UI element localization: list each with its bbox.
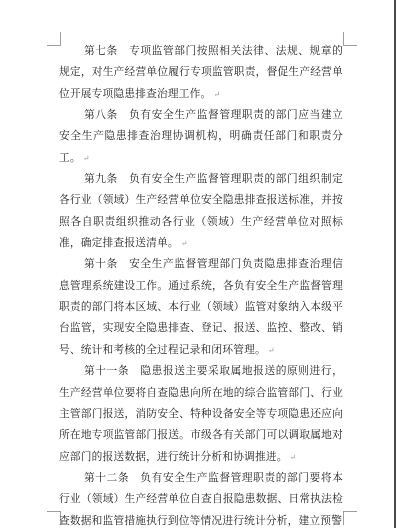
article-paragraph-7: 第七条 专项监管部门按照相关法律、法规、规章的规定，对生产经营单位履行专项监管职…	[59, 41, 343, 105]
article-paragraph-8: 第八条 负有安全生产监督管理职责的部门应当建立安全生产隐患排查治理协调机构，明确…	[59, 105, 343, 169]
paragraph-mark-icon: ↵	[290, 453, 297, 462]
paragraph-text: 第十一条 隐患报送主要采取属地报送的原则进行，生产经营单位要将自查隐患向所在地的…	[59, 365, 343, 462]
margin-mark-bottom-right-icon	[343, 511, 357, 525]
paragraph-text: 第九条 负有安全生产监督管理职责的部门组织制定各行业（领域）生产经营单位安全隐患…	[59, 173, 343, 249]
paragraph-text: 第八条 负有安全生产监督管理职责的部门应当建立安全生产隐患排查治理协调机构，明确…	[59, 109, 343, 164]
article-paragraph-9: 第九条 负有安全生产监督管理职责的部门组织制定各行业（领域）生产经营单位安全隐患…	[59, 169, 343, 254]
paragraph-text: 第七条 专项监管部门按照相关法律、法规、规章的规定，对生产经营单位履行专项监管职…	[59, 45, 343, 100]
article-paragraph-12: 第十二条 负有安全生产监督管理职责的部门要将本行业（领域）生产经营单位自查自报隐…	[59, 468, 343, 528]
paragraph-mark-icon: ↵	[83, 154, 90, 163]
document-page: 第七条 专项监管部门按照相关法律、法规、规章的规定，对生产经营单位履行专项监管职…	[0, 0, 398, 528]
document-body: 第七条 专项监管部门按照相关法律、法规、规章的规定，对生产经营单位履行专项监管职…	[59, 41, 343, 528]
margin-mark-top-right-icon	[343, 32, 357, 46]
article-paragraph-11: 第十一条 隐患报送主要采取属地报送的原则进行，生产经营单位要将自查隐患向所在地的…	[59, 361, 343, 468]
paragraph-text: 第十条 安全生产监督管理部门负责隐患排查治理信息管理系统建设工作。通过系统，各负…	[59, 258, 343, 355]
paragraph-mark-icon: ↵	[181, 239, 188, 248]
article-paragraph-10: 第十条 安全生产监督管理部门负责隐患排查治理信息管理系统建设工作。通过系统，各负…	[59, 254, 343, 361]
paragraph-mark-icon: ↵	[213, 90, 220, 99]
page-edge-line	[394, 0, 396, 528]
paragraph-text: 第十二条 负有安全生产监督管理职责的部门要将本行业（领域）生产经营单位自查自报隐…	[59, 472, 343, 527]
paragraph-mark-icon: ↵	[268, 346, 275, 355]
